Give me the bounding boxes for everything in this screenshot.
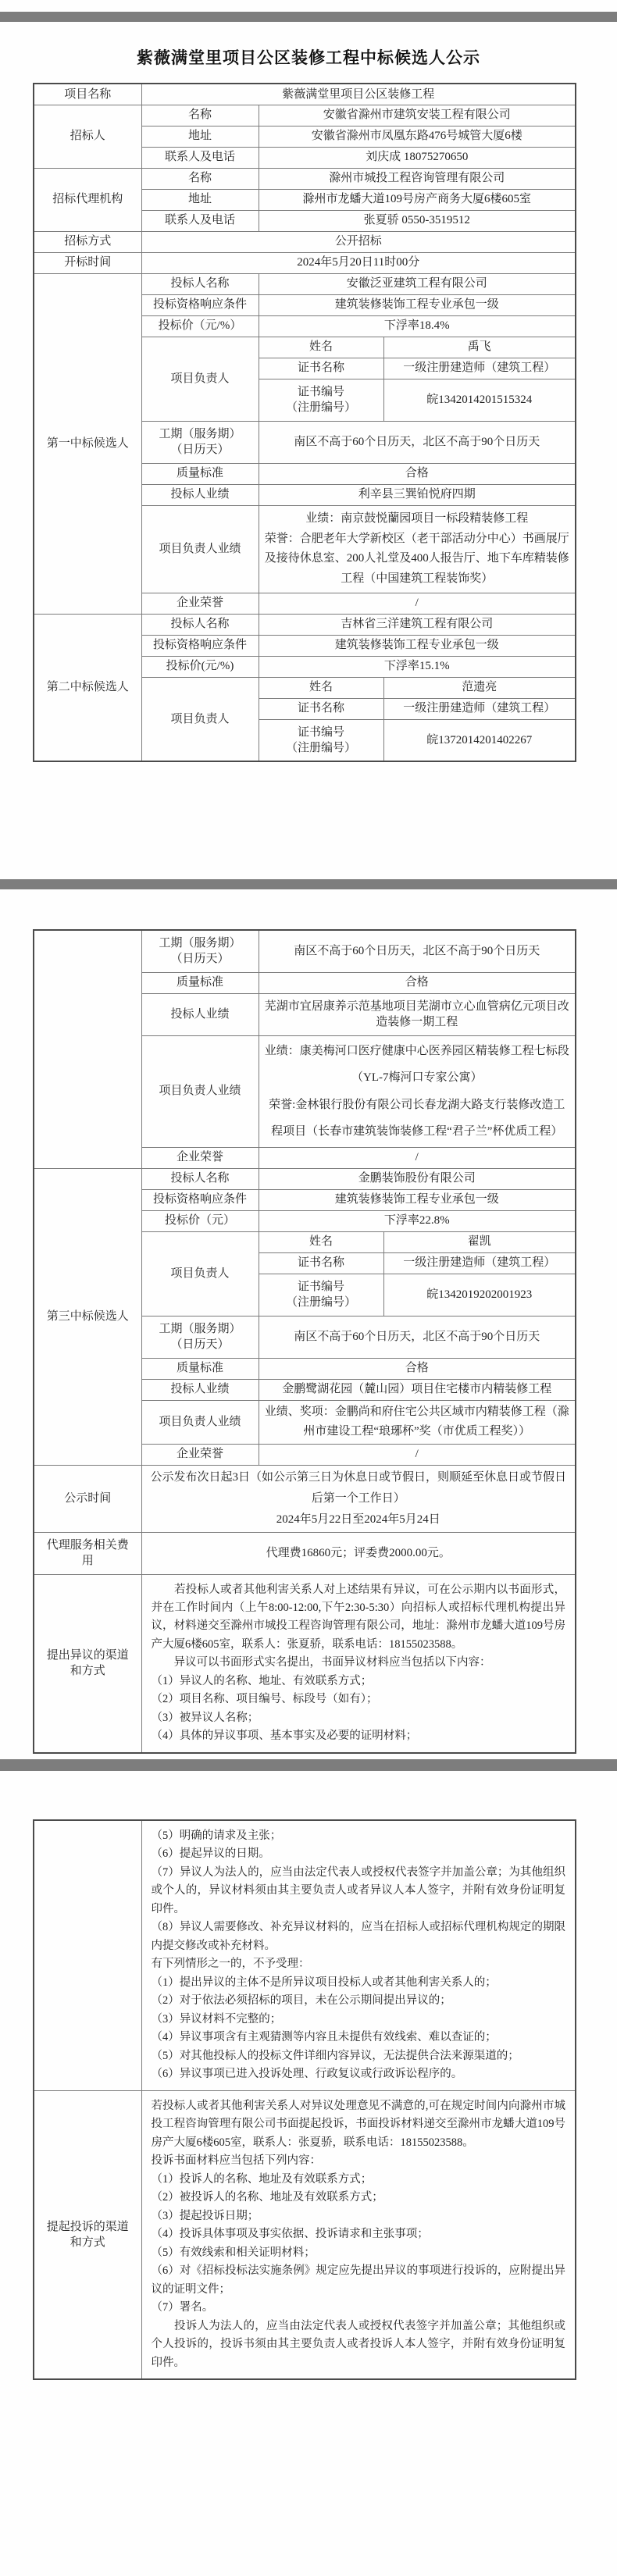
c3-qualification-value: 建筑装修装饰工程专业承包一级: [259, 1189, 576, 1210]
c3-pm-label: 项目负责人: [141, 1231, 259, 1316]
c3-cert-name-value: 一级注册建造师（建筑工程）: [383, 1252, 576, 1274]
page-separator-middle: [0, 879, 617, 889]
agency-label: 招标代理机构: [34, 168, 141, 231]
c2-honor-value: /: [259, 1147, 576, 1168]
c1-bidder-label: 投标人名称: [141, 273, 259, 294]
c3-qualification-label: 投标资格响应条件: [141, 1189, 259, 1210]
c2-cert-name-value: 一级注册建造师（建筑工程）: [383, 698, 576, 719]
opening-time-value: 2024年5月20日11时00分: [141, 252, 576, 273]
c1-honor-value: /: [259, 593, 576, 614]
c1-cert-name-label: 证书名称: [259, 358, 383, 379]
method-label: 招标方式: [34, 231, 141, 252]
c2-quality-label: 质量标准: [141, 972, 259, 993]
c1-price-label: 投标价（元/%）: [141, 315, 259, 337]
c1-pm-name-label: 姓名: [259, 337, 383, 358]
c3-pm-name-value: 翟凯: [383, 1231, 576, 1252]
tenderee-name-value: 安徽省滁州市建筑安装工程有限公司: [259, 105, 576, 126]
c2-quality-value: 合格: [259, 972, 576, 993]
c2-pm-name-label: 姓名: [259, 677, 383, 698]
c3-pm-perf-value: 业绩、奖项：金鹏尚和府住宅公共区域市内精装修工程（滁州市建设工程“琅琊杯”奖（市…: [259, 1400, 576, 1444]
c3-duration-label: 工期（服务期） （日历天）: [141, 1316, 259, 1358]
tenderee-label: 招标人: [34, 105, 141, 168]
c1-cert-no-value: 皖1342014201515324: [383, 379, 576, 421]
c1-price-value: 下浮率18.4%: [259, 315, 576, 337]
agency-fee-label: 代理服务相关费 用: [34, 1532, 141, 1574]
tenderee-contact-label: 联系人及电话: [141, 147, 259, 168]
tenderee-address-label: 地址: [141, 126, 259, 147]
publicity-time-value: 公示发布次日起3日（如公示第三日为休息日或节假日，则顺延至休息日或节假日后第一个…: [141, 1465, 576, 1532]
c3-bidder-value: 金鹏装饰股份有限公司: [259, 1168, 576, 1189]
table-page2: 工期（服务期） （日历天） 南区不高于60个日历天，北区不高于90个日历天 质量…: [33, 929, 575, 1754]
c3-quality-value: 合格: [259, 1358, 576, 1379]
c3-honor-label: 企业荣誉: [141, 1444, 259, 1465]
c2-qualification-label: 投标资格响应条件: [141, 635, 259, 656]
c1-duration-label: 工期（服务期） （日历天）: [141, 421, 259, 463]
candidate3-label: 第三中标候选人: [34, 1168, 141, 1465]
c2-pm-name-value: 范遗亮: [383, 677, 576, 698]
c1-cert-no-label: 证书编号 （注册编号）: [259, 379, 383, 421]
c1-bidder-value: 安徽泛亚建筑工程有限公司: [259, 273, 576, 294]
agency-address-label: 地址: [141, 189, 259, 210]
c3-bidder-perf-value: 金鹏鹭湖花园（麓山园）项目住宅楼市内精装修工程: [259, 1379, 576, 1400]
page-title: 紫薇满堂里项目公区装修工程中标候选人公示: [0, 45, 617, 69]
c2-bidder-perf-label: 投标人业绩: [141, 993, 259, 1035]
agency-contact-label: 联系人及电话: [141, 210, 259, 231]
c1-pm-perf-value: 业绩：南京鼓悦蘭园项目一标段精装修工程 荣誉：合肥老年大学新校区（老干部活动分中…: [259, 505, 576, 593]
c2-honor-label: 企业荣誉: [141, 1147, 259, 1168]
project-name-label: 项目名称: [34, 84, 141, 105]
method-value: 公开招标: [141, 231, 576, 252]
c3-bidder-label: 投标人名称: [141, 1168, 259, 1189]
agency-name-value: 滁州市城投工程咨询管理有限公司: [259, 168, 576, 189]
c3-cert-no-value: 皖1342019202001923: [383, 1274, 576, 1316]
tenderee-address-value: 安徽省滁州市凤凰东路476号城管大厦6楼: [259, 126, 576, 147]
c3-honor-value: /: [259, 1444, 576, 1465]
c3-bidder-perf-label: 投标人业绩: [141, 1379, 259, 1400]
c2-pm-perf-value: 业绩：康美梅河口医疗健康中心医养园区精装修工程七标段 （YL-7梅河口专家公寓）…: [259, 1035, 576, 1147]
candidate1-label: 第一中标候选人: [34, 273, 141, 614]
c1-quality-value: 合格: [259, 463, 576, 484]
c3-price-label: 投标价（元）: [141, 1210, 259, 1231]
c1-qualification-label: 投标资格响应条件: [141, 294, 259, 315]
c1-honor-label: 企业荣誉: [141, 593, 259, 614]
project-name-value: 紫薇满堂里项目公区装修工程: [141, 84, 576, 105]
c2-pm-label: 项目负责人: [141, 677, 259, 761]
c2-bidder-value: 吉林省三洋建筑工程有限公司: [259, 614, 576, 635]
objection-continuation-cell: [34, 1820, 141, 2090]
c1-duration-value: 南区不高于60个日历天，北区不高于90个日历天: [259, 421, 576, 463]
c1-bidder-perf-value: 利辛县三巽铂悦府四期: [259, 484, 576, 505]
c1-cert-name-value: 一级注册建造师（建筑工程）: [383, 358, 576, 379]
c2-qualification-value: 建筑装修装饰工程专业承包一级: [259, 635, 576, 656]
c2-duration-value: 南区不高于60个日历天，北区不高于90个日历天: [259, 930, 576, 972]
c3-quality-label: 质量标准: [141, 1358, 259, 1379]
objection-label: 提出异议的渠道 和方式: [34, 1574, 141, 1753]
c3-pm-name-label: 姓名: [259, 1231, 383, 1252]
candidate2-continuation-cell: [34, 930, 141, 1168]
c2-bidder-perf-value: 芜湖市宜居康养示范基地项目芜湖市立心血管病亿元项目改造装修一期工程: [259, 993, 576, 1035]
agency-name-label: 名称: [141, 168, 259, 189]
c1-bidder-perf-label: 投标人业绩: [141, 484, 259, 505]
c2-price-label: 投标价(元/%): [141, 656, 259, 677]
c2-duration-label: 工期（服务期） （日历天）: [141, 930, 259, 972]
c1-qualification-value: 建筑装修装饰工程专业承包一级: [259, 294, 576, 315]
tenderee-contact-value: 刘庆成 18075270650: [259, 147, 576, 168]
c1-quality-label: 质量标准: [141, 463, 259, 484]
page-separator-bottom: [0, 1759, 617, 1771]
candidate2-label: 第二中标候选人: [34, 614, 141, 761]
table-page1: 项目名称 紫薇满堂里项目公区装修工程 招标人 名称 安徽省滁州市建筑安装工程有限…: [33, 83, 575, 762]
c3-cert-no-label: 证书编号 （注册编号）: [259, 1274, 383, 1316]
agency-address-value: 滁州市龙蟠大道109号房产商务大厦6楼605室: [259, 189, 576, 210]
c3-cert-name-label: 证书名称: [259, 1252, 383, 1274]
objection-text-part1: 若投标人或者其他利害关系人对上述结果有异议，可在公示期内以书面形式，并在工作时间…: [141, 1574, 576, 1753]
agency-contact-value: 张夏骄 0550-3519512: [259, 210, 576, 231]
tenderee-name-label: 名称: [141, 105, 259, 126]
objection-text-part2: （5）明确的请求及主张； （6）提起异议的日期。 （7）异议人为法人的，应当由法…: [141, 1820, 576, 2090]
c3-duration-value: 南区不高于60个日历天，北区不高于90个日历天: [259, 1316, 576, 1358]
document-page: 紫薇满堂里项目公区装修工程中标候选人公示 项目名称 紫薇满堂里项目公区装修工程 …: [0, 0, 617, 2576]
opening-time-label: 开标时间: [34, 252, 141, 273]
agency-fee-value: 代理费16860元；评委费2000.00元。: [141, 1532, 576, 1574]
c2-cert-no-value: 皖1372014201402267: [383, 719, 576, 761]
c2-cert-name-label: 证书名称: [259, 698, 383, 719]
c2-price-value: 下浮率15.1%: [259, 656, 576, 677]
publicity-time-label: 公示时间: [34, 1465, 141, 1532]
c1-pm-perf-label: 项目负责人业绩: [141, 505, 259, 593]
c1-pm-label: 项目负责人: [141, 337, 259, 421]
c1-pm-name-value: 禹飞: [383, 337, 576, 358]
c3-price-value: 下浮率22.8%: [259, 1210, 576, 1231]
table-page3: （5）明确的请求及主张； （6）提起异议的日期。 （7）异议人为法人的，应当由法…: [33, 1819, 575, 2380]
page-separator-top: [0, 12, 617, 22]
c2-cert-no-label: 证书编号 （注册编号）: [259, 719, 383, 761]
complaint-text: 若投标人或者其他利害关系人对异议处理意见不满意的,可在规定时间内向滁州市城投工程…: [141, 2090, 576, 2379]
complaint-label: 提起投诉的渠道 和方式: [34, 2090, 141, 2379]
c2-bidder-label: 投标人名称: [141, 614, 259, 635]
c3-pm-perf-label: 项目负责人业绩: [141, 1400, 259, 1444]
c2-pm-perf-label: 项目负责人业绩: [141, 1035, 259, 1147]
